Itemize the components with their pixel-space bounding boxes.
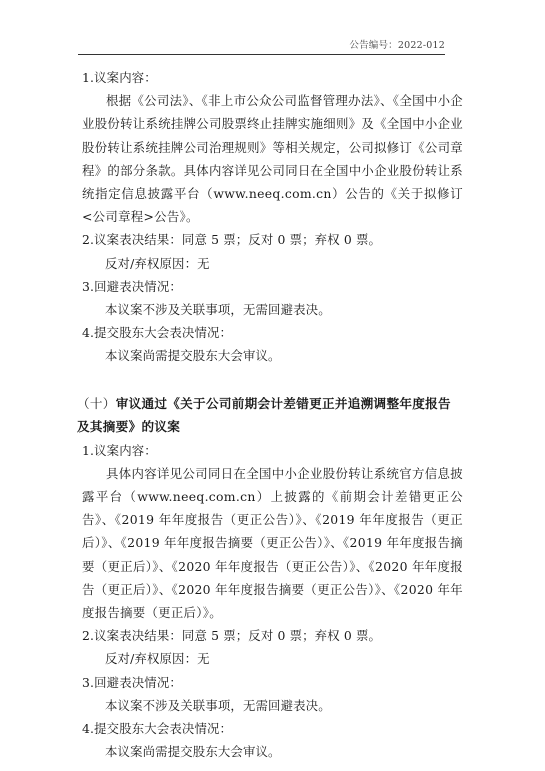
heading-title: 审议通过《关于公司前期会计差错更正并追溯调整年度报告及其摘要》的议案 <box>77 396 451 435</box>
item2-objection-reason: 反对/弃权原因：无 <box>82 647 463 670</box>
item3-label: 3.回避表决情况： <box>82 671 463 694</box>
section-ten-motion: （十）审议通过《关于公司前期会计差错更正并追溯调整年度报告及其摘要》的议案 1.… <box>82 392 463 764</box>
section-heading: （十）审议通过《关于公司前期会计差错更正并追溯调整年度报告及其摘要》的议案 <box>77 392 463 439</box>
document-body: 1.议案内容： 根据《公司法》、《非上市公众公司监督管理办法》、《全国中小企业股… <box>82 66 463 763</box>
heading-number: （十） <box>77 396 116 411</box>
announcement-number: 公告编号：2022-012 <box>349 37 445 51</box>
item4-label: 4.提交股东大会表决情况： <box>82 717 463 740</box>
item2-vote-result: 2.议案表决结果：同意 5 票；反对 0 票；弃权 0 票。 <box>82 624 463 647</box>
item1-label: 1.议案内容： <box>82 439 463 462</box>
item2-vote-result: 2.议案表决结果：同意 5 票；反对 0 票；弃权 0 票。 <box>82 228 463 251</box>
page-header: 公告编号：2022-012 <box>78 36 445 55</box>
item4-body: 本议案尚需提交股东大会审议。 <box>82 344 463 367</box>
item1-label: 1.议案内容： <box>82 66 463 89</box>
item4-body: 本议案尚需提交股东大会审议。 <box>82 740 463 763</box>
section-previous-motion: 1.议案内容： 根据《公司法》、《非上市公众公司监督管理办法》、《全国中小企业股… <box>82 66 463 368</box>
item3-body: 本议案不涉及关联事项，无需回避表决。 <box>82 694 463 717</box>
item2-objection-reason: 反对/弃权原因：无 <box>82 252 463 275</box>
item3-body: 本议案不涉及关联事项，无需回避表决。 <box>82 298 463 321</box>
item1-body: 具体内容详见公司同日在全国中小企业股份转让系统官方信息披露平台（www.neeq… <box>82 462 463 624</box>
item3-label: 3.回避表决情况： <box>82 275 463 298</box>
item1-body: 根据《公司法》、《非上市公众公司监督管理办法》、《全国中小企业股份转让系统挂牌公… <box>82 89 463 228</box>
item4-label: 4.提交股东大会表决情况： <box>82 321 463 344</box>
section-gap <box>82 368 463 392</box>
